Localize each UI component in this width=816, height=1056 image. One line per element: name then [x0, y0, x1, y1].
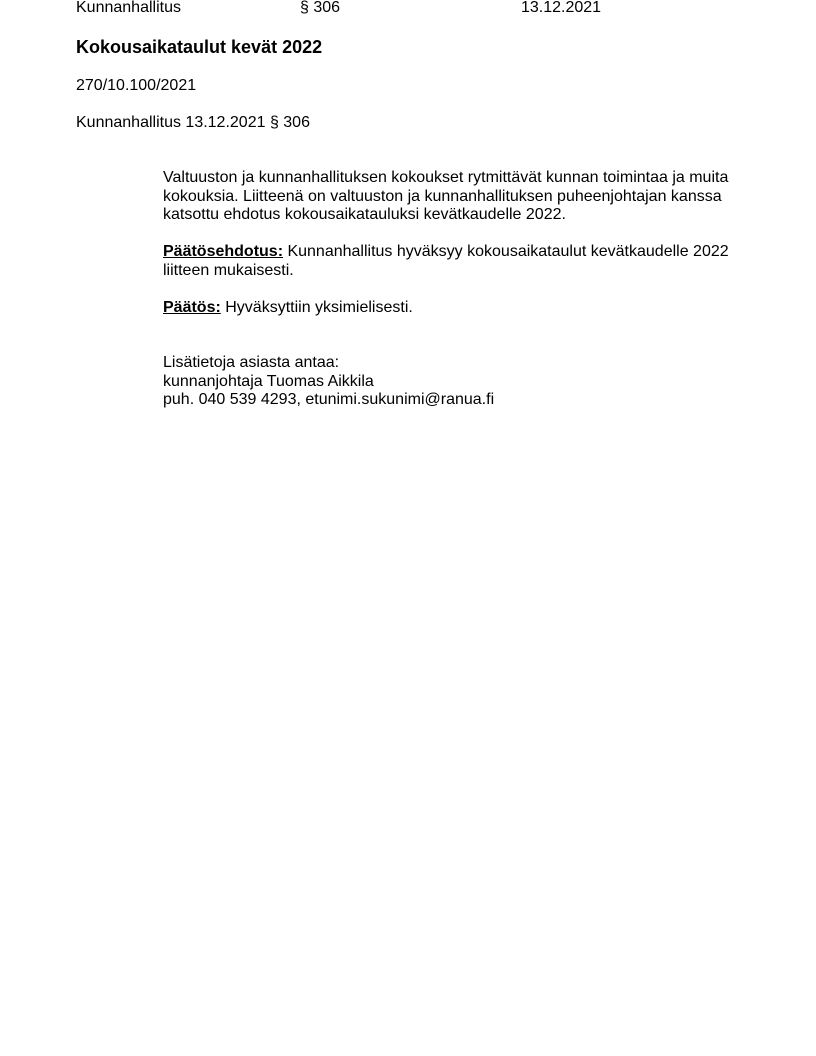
decision-text: Hyväksyttiin yksimielisesti.	[221, 299, 413, 316]
document-title: Kokousaikataulut kevät 2022	[76, 36, 322, 58]
header-date: 13.12.2021	[521, 0, 601, 18]
decision-label: Päätös:	[163, 299, 221, 316]
proposal-label: Päätösehdotus:	[163, 243, 283, 260]
proposal-text-cont: liitteen mukaisesti.	[163, 262, 753, 281]
document-body: Valtuuston ja kunnanhallituksen kokoukse…	[163, 169, 753, 410]
diary-number: 270/10.100/2021	[76, 76, 196, 96]
header-section-number: § 306	[300, 0, 340, 18]
meeting-reference: Kunnanhallitus 13.12.2021 § 306	[76, 113, 310, 133]
contact-line: kunnanjohtaja Tuomas Aikkila	[163, 373, 753, 392]
contact-line: Lisätietoja asiasta antaa:	[163, 354, 753, 373]
header-body-name: Kunnanhallitus	[76, 0, 181, 18]
intro-line: Valtuuston ja kunnanhallituksen kokoukse…	[163, 169, 753, 188]
intro-line: kokouksia. Liitteenä on valtuuston ja ku…	[163, 188, 753, 207]
proposal-paragraph: Päätösehdotus: Kunnanhallitus hyväksyy k…	[163, 243, 753, 262]
decision-paragraph: Päätös: Hyväksyttiin yksimielisesti.	[163, 299, 753, 318]
proposal-text: Kunnanhallitus hyväksyy kokousaikataulut…	[283, 243, 729, 260]
intro-line: katsottu ehdotus kokousaikatauluksi kevä…	[163, 206, 753, 225]
contact-line: puh. 040 539 4293, etunimi.sukunimi@ranu…	[163, 391, 753, 410]
